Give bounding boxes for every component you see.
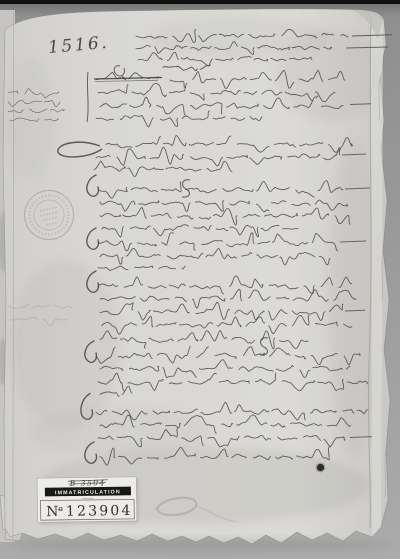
photo-top-bar bbox=[0, 0, 400, 4]
manuscript-photo: 1516. bbox=[0, 0, 400, 559]
paper-bottom-shadow bbox=[10, 539, 390, 551]
registration-label: B 3504 IMMATRICULATION No123904 bbox=[37, 477, 138, 524]
ink-blot bbox=[316, 463, 326, 473]
label-band-text: IMMATRICULATION bbox=[55, 489, 121, 496]
